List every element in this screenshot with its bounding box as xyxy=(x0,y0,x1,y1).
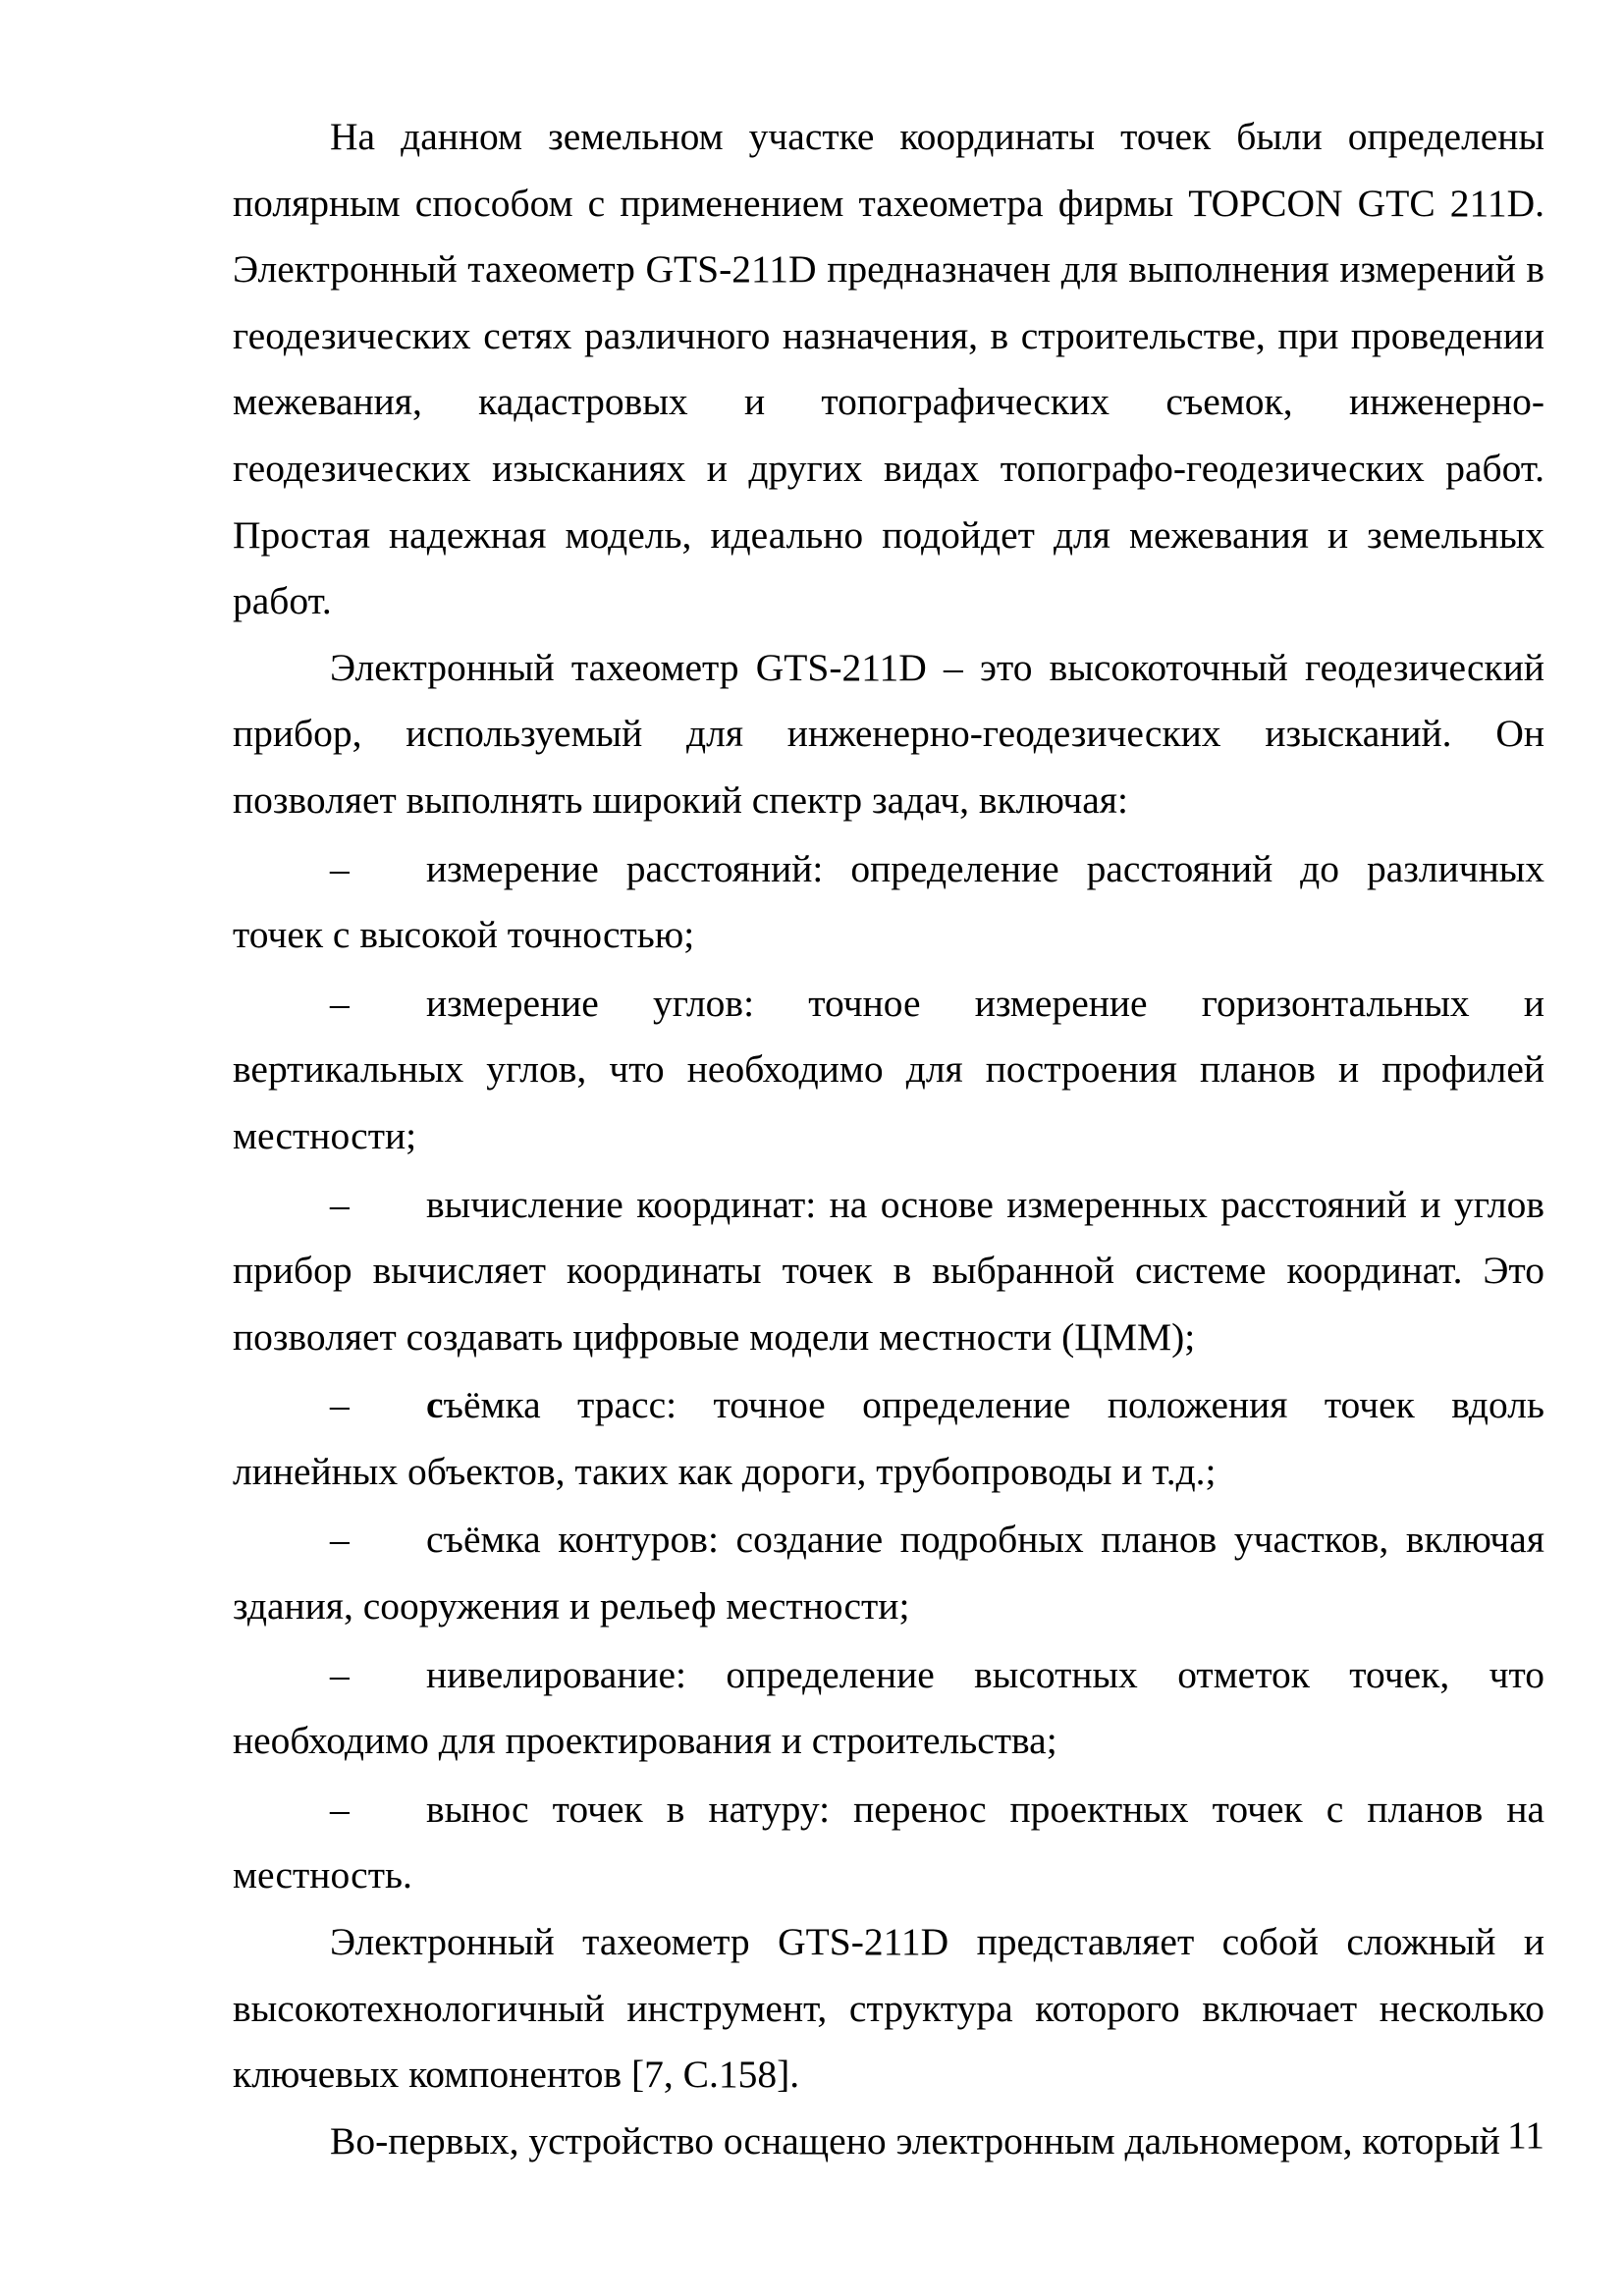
list-item-text: вынос точек в натуру: перенос проектных … xyxy=(233,1788,1544,1897)
bold-initial-letter: с xyxy=(426,1383,444,1426)
task-list: –измерение расстояний: определение расст… xyxy=(233,836,1544,1910)
paragraph-total-station-intro: Электронный тахеометр GTS-211D – это выс… xyxy=(233,635,1544,834)
page-number: 11 xyxy=(1507,2110,1544,2160)
dash-bullet: – xyxy=(330,971,426,1038)
dash-bullet: – xyxy=(330,1172,426,1239)
paragraph-first-component: Во-первых, устройство оснащено электронн… xyxy=(233,2109,1544,2175)
list-item: –нивелирование: определение высотных отм… xyxy=(233,1642,1544,1775)
list-item-text: съёмка контуров: создание подробных план… xyxy=(233,1518,1544,1628)
list-item: –измерение углов: точное измерение гориз… xyxy=(233,971,1544,1170)
dash-bullet: – xyxy=(330,1372,426,1439)
list-item: –измерение расстояний: определение расст… xyxy=(233,836,1544,969)
dash-bullet: – xyxy=(330,1777,426,1843)
list-item: –вычисление координат: на основе измерен… xyxy=(233,1172,1544,1371)
list-item: –съёмка контуров: создание подробных пла… xyxy=(233,1507,1544,1639)
list-item-text: измерение расстояний: определение рассто… xyxy=(233,847,1544,957)
document-body: На данном земельном участке координаты т… xyxy=(233,104,1544,2174)
dash-bullet: – xyxy=(330,1507,426,1574)
list-item-text: измерение углов: точное измерение горизо… xyxy=(233,982,1544,1157)
list-item: –вынос точек в натуру: перенос проектных… xyxy=(233,1777,1544,1909)
list-item: –съёмка трасс: точное определение положе… xyxy=(233,1372,1544,1505)
list-item-text: нивелирование: определение высотных отме… xyxy=(233,1653,1544,1763)
paragraph-structure: Электронный тахеометр GTS-211D представл… xyxy=(233,1909,1544,2109)
list-item-text: вычисление координат: на основе измеренн… xyxy=(233,1183,1544,1359)
dash-bullet: – xyxy=(330,1642,426,1709)
dash-bullet: – xyxy=(330,836,426,903)
paragraph-survey-method: На данном земельном участке координаты т… xyxy=(233,104,1544,635)
